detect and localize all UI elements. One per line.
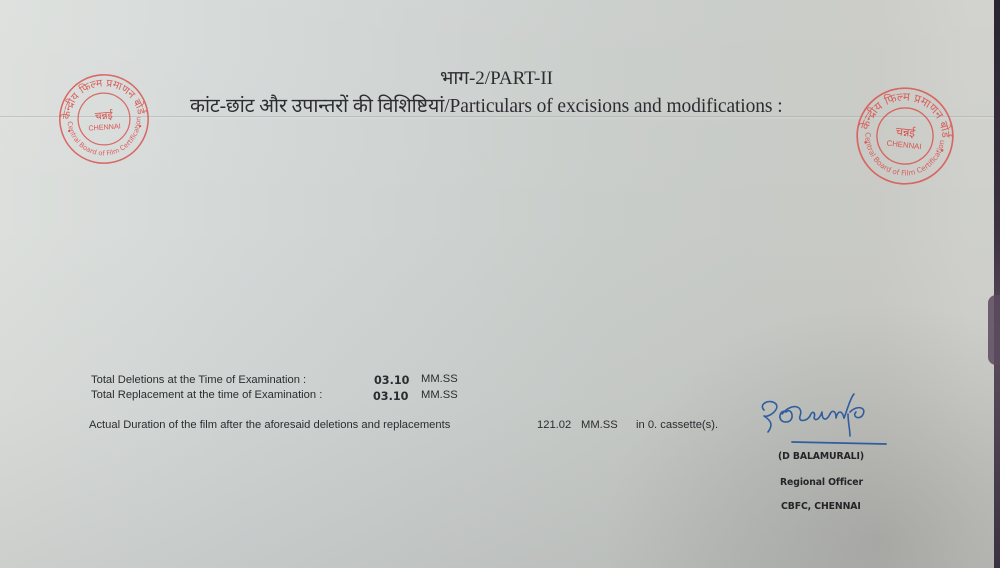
deletions-unit: MM.SS: [421, 373, 458, 385]
signatory-designation: Regional Officer: [780, 477, 863, 488]
signatory-office: CBFC, CHENNAI: [781, 501, 861, 512]
deletions-value: 03.10: [374, 374, 409, 387]
deletions-label: Total Deletions at the Time of Examinati…: [91, 374, 306, 386]
signature: [756, 392, 892, 448]
replacement-unit: MM.SS: [421, 389, 458, 401]
replacement-label: Total Replacement at the time of Examina…: [91, 389, 322, 401]
duration-label: Actual Duration of the film after the af…: [89, 419, 450, 431]
replacement-value: 03.10: [373, 390, 408, 403]
handwritten-signature-icon: [756, 392, 892, 448]
cassette-text: in 0. cassette(s).: [636, 419, 718, 431]
signatory-name: (D BALAMURALI): [778, 451, 864, 462]
duration-value: 121.02: [537, 419, 571, 431]
duration-unit: MM.SS: [581, 419, 618, 431]
